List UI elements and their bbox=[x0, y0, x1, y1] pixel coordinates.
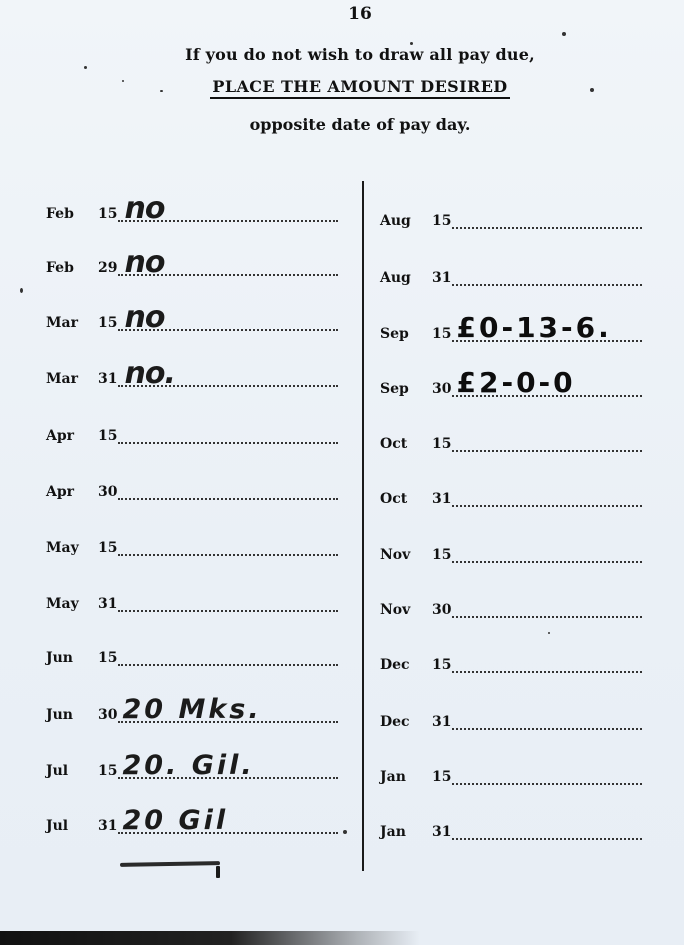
pay-date-row: Oct15 bbox=[380, 430, 642, 452]
pay-date-month: Mar bbox=[46, 315, 98, 331]
handwritten-amount: no bbox=[124, 191, 164, 226]
pay-date-month: Nov bbox=[380, 547, 432, 563]
pay-date-row: Nov30 bbox=[380, 596, 642, 618]
pay-date: Oct15 bbox=[380, 436, 451, 452]
pay-date-day: 15 bbox=[432, 436, 451, 452]
pay-date: Jun30 bbox=[46, 707, 117, 723]
amount-field[interactable] bbox=[452, 714, 642, 730]
pay-date: Oct31 bbox=[380, 491, 451, 507]
pay-date-row: Apr15 bbox=[46, 422, 338, 444]
pay-date-row: Jun15 bbox=[46, 644, 338, 666]
pay-date: Mar15 bbox=[46, 315, 117, 331]
pay-date-day: 30 bbox=[432, 381, 451, 397]
pay-date-row: Jan15 bbox=[380, 763, 642, 785]
pay-date-day: 31 bbox=[432, 491, 451, 507]
pay-date-row: Feb29no bbox=[46, 254, 338, 276]
pay-date-month: Sep bbox=[380, 381, 432, 397]
pay-date: Feb29 bbox=[46, 260, 117, 276]
amount-field[interactable]: 20 Mks. bbox=[118, 707, 338, 723]
pay-date-month: Jun bbox=[46, 707, 98, 723]
pay-date-day: 31 bbox=[98, 818, 117, 834]
pay-date-day: 31 bbox=[98, 596, 117, 612]
pay-date-day: 15 bbox=[98, 540, 117, 556]
handwritten-amount: 20. Gil. bbox=[122, 750, 254, 781]
amount-field[interactable] bbox=[118, 596, 338, 612]
pay-date-day: 30 bbox=[432, 602, 451, 618]
amount-field[interactable] bbox=[452, 657, 642, 673]
pay-date-day: 29 bbox=[98, 260, 117, 276]
pay-date-day: 15 bbox=[98, 206, 117, 222]
scan-speck bbox=[562, 32, 566, 36]
pay-date-day: 15 bbox=[432, 547, 451, 563]
pay-date-month: Dec bbox=[380, 714, 432, 730]
handwritten-amount: £0-13-6. bbox=[456, 311, 611, 344]
pen-stroke-mark bbox=[120, 861, 220, 867]
amount-field[interactable] bbox=[452, 270, 642, 286]
pay-date: Jul31 bbox=[46, 818, 117, 834]
pay-date-month: Feb bbox=[46, 206, 98, 222]
pay-date-row: Mar31no. bbox=[46, 365, 338, 387]
handwritten-amount: 20 Mks. bbox=[122, 694, 261, 725]
pay-date-month: Mar bbox=[46, 371, 98, 387]
amount-field[interactable] bbox=[452, 491, 642, 507]
pay-date: Nov15 bbox=[380, 547, 451, 563]
pay-date-month: Nov bbox=[380, 602, 432, 618]
pay-date: Aug15 bbox=[380, 213, 451, 229]
instruction-line-1: If you do not wish to draw all pay due, bbox=[0, 45, 684, 64]
pay-date: Feb15 bbox=[46, 206, 117, 222]
handwritten-amount: 20 Gil bbox=[122, 805, 228, 836]
pay-date-row: Sep30£2-0-0 bbox=[380, 375, 642, 397]
pay-book-page: 16 If you do not wish to draw all pay du… bbox=[0, 0, 684, 945]
pay-date: May31 bbox=[46, 596, 117, 612]
amount-field[interactable] bbox=[452, 824, 642, 840]
pay-date-day: 15 bbox=[432, 326, 451, 342]
pay-date-row: May31 bbox=[46, 590, 338, 612]
scan-speck bbox=[122, 80, 124, 82]
pay-date-month: Jun bbox=[46, 650, 98, 666]
pay-date-row: Jul1520. Gil. bbox=[46, 757, 338, 779]
pay-date: Apr30 bbox=[46, 484, 117, 500]
pay-date-month: Aug bbox=[380, 270, 432, 286]
handwritten-amount: no bbox=[124, 300, 164, 335]
pay-date-month: Jan bbox=[380, 824, 432, 840]
pay-date-month: Oct bbox=[380, 491, 432, 507]
scan-speck bbox=[410, 42, 413, 45]
pay-date: Jun15 bbox=[46, 650, 117, 666]
scan-speck bbox=[343, 830, 347, 834]
pay-date-month: Oct bbox=[380, 436, 432, 452]
pay-date-day: 15 bbox=[98, 650, 117, 666]
amount-field[interactable] bbox=[452, 213, 642, 229]
pay-date-day: 31 bbox=[98, 371, 117, 387]
amount-field[interactable]: 20. Gil. bbox=[118, 763, 338, 779]
pay-date-month: May bbox=[46, 596, 98, 612]
pay-date-month: May bbox=[46, 540, 98, 556]
instruction-emphasis: PLACE THE AMOUNT DESIRED bbox=[210, 77, 509, 99]
amount-field[interactable]: 20 Gil bbox=[118, 818, 338, 834]
amount-field[interactable] bbox=[118, 428, 338, 444]
pay-date-row: Mar15no bbox=[46, 309, 338, 331]
pay-date-day: 30 bbox=[98, 707, 117, 723]
pay-date-row: Dec15 bbox=[380, 651, 642, 673]
pay-date-row: Oct31 bbox=[380, 485, 642, 507]
pay-date-month: Apr bbox=[46, 484, 98, 500]
pay-date-row: May15 bbox=[46, 534, 338, 556]
amount-field[interactable] bbox=[118, 540, 338, 556]
pay-date: Jan31 bbox=[380, 824, 451, 840]
pay-date-month: Aug bbox=[380, 213, 432, 229]
scan-speck bbox=[590, 88, 594, 92]
pay-date-row: Dec31 bbox=[380, 708, 642, 730]
pay-date-day: 15 bbox=[98, 763, 117, 779]
pay-date: Dec31 bbox=[380, 714, 451, 730]
pay-date-row: Aug31 bbox=[380, 264, 642, 286]
instruction-line-3: opposite date of pay day. bbox=[0, 115, 684, 134]
pay-date-day: 15 bbox=[98, 428, 117, 444]
amount-field[interactable] bbox=[452, 547, 642, 563]
amount-field[interactable] bbox=[118, 484, 338, 500]
pay-date-row: Jan31 bbox=[380, 818, 642, 840]
pay-date-row: Apr30 bbox=[46, 478, 338, 500]
pay-date-day: 15 bbox=[432, 769, 451, 785]
pay-date: Jan15 bbox=[380, 769, 451, 785]
amount-field[interactable] bbox=[452, 436, 642, 452]
amount-field[interactable]: £2-0-0 bbox=[452, 381, 642, 397]
pay-date: Jul15 bbox=[46, 763, 117, 779]
pen-tick-mark bbox=[216, 866, 220, 878]
scan-speck bbox=[20, 288, 23, 293]
pay-date-row: Nov15 bbox=[380, 541, 642, 563]
pay-date-day: 15 bbox=[432, 213, 451, 229]
scan-speck bbox=[548, 632, 550, 634]
column-divider bbox=[362, 181, 364, 871]
pay-date-day: 31 bbox=[432, 270, 451, 286]
pay-date-month: Sep bbox=[380, 326, 432, 342]
pay-date: Mar31 bbox=[46, 371, 117, 387]
pay-date-month: Dec bbox=[380, 657, 432, 673]
pay-date: Aug31 bbox=[380, 270, 451, 286]
amount-field[interactable] bbox=[118, 650, 338, 666]
pay-date-day: 31 bbox=[432, 714, 451, 730]
pay-date-day: 30 bbox=[98, 484, 117, 500]
pay-date-day: 31 bbox=[432, 824, 451, 840]
pay-date-month: Jan bbox=[380, 769, 432, 785]
page-number: 16 bbox=[0, 4, 684, 24]
amount-field[interactable]: no bbox=[118, 315, 338, 331]
pay-date-month: Jul bbox=[46, 818, 98, 834]
pay-date: Apr15 bbox=[46, 428, 117, 444]
scan-speck bbox=[84, 66, 87, 69]
amount-field[interactable]: no. bbox=[118, 371, 338, 387]
handwritten-amount: no. bbox=[124, 356, 174, 391]
amount-field[interactable] bbox=[452, 769, 642, 785]
amount-field[interactable] bbox=[452, 602, 642, 618]
pay-date-month: Apr bbox=[46, 428, 98, 444]
pay-date: Nov30 bbox=[380, 602, 451, 618]
pay-date-row: Feb15no bbox=[46, 200, 338, 222]
handwritten-amount: £2-0-0 bbox=[456, 366, 575, 399]
pay-date: Dec15 bbox=[380, 657, 451, 673]
scan-speck bbox=[160, 90, 163, 92]
pay-date: Sep30 bbox=[380, 381, 451, 397]
pay-date-day: 15 bbox=[98, 315, 117, 331]
pay-date-row: Jun3020 Mks. bbox=[46, 701, 338, 723]
amount-field[interactable]: no bbox=[118, 260, 338, 276]
pay-date: May15 bbox=[46, 540, 117, 556]
pay-date-row: Sep15£0-13-6. bbox=[380, 320, 642, 342]
pay-date: Sep15 bbox=[380, 326, 451, 342]
pay-date-month: Jul bbox=[46, 763, 98, 779]
pay-date-row: Jul3120 Gil bbox=[46, 812, 338, 834]
amount-field[interactable]: no bbox=[118, 206, 338, 222]
scan-shadow-edge bbox=[0, 931, 420, 945]
pay-date-row: Aug15 bbox=[380, 207, 642, 229]
amount-field[interactable]: £0-13-6. bbox=[452, 326, 642, 342]
pay-date-month: Feb bbox=[46, 260, 98, 276]
handwritten-amount: no bbox=[124, 245, 164, 280]
pay-date-day: 15 bbox=[432, 657, 451, 673]
instruction-line-2: PLACE THE AMOUNT DESIRED bbox=[0, 77, 684, 99]
